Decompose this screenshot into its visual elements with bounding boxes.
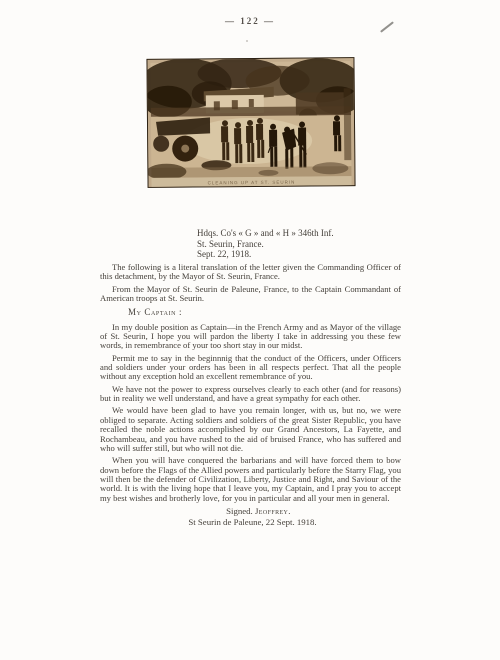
letter-heading-line: St. Seurin, France. [197, 239, 407, 250]
page-number: — 122 — [0, 16, 500, 26]
letter-paragraph: We would have been glad to have you rema… [100, 406, 401, 453]
letter-paragraph: In my double position as Captain—in the … [100, 323, 401, 351]
photo-illustration [147, 58, 354, 187]
salutation: My Captain : [128, 308, 401, 317]
book-page: — 122 — [0, 0, 500, 660]
signature-name: Jeoffrey. [255, 506, 291, 516]
intro-paragraph: From the Mayor of St. Seurin de Paleune,… [100, 285, 401, 304]
signature-prefix: Signed. [226, 506, 255, 516]
letter-heading-line: Hdqs. Co's « G » and « H » 346th Inf. [197, 228, 407, 239]
letter-paragraph: Permit me to say in the beginnnig that t… [100, 354, 401, 382]
closing-line: St Seurin de Paleune, 22 Sept. 1918. [100, 518, 401, 527]
letter-heading-line: Sept. 22, 1918. [197, 249, 407, 260]
photo-st-seurin: CLEANING UP AT ST. SEURIN [146, 57, 355, 188]
ink-speck [246, 40, 248, 42]
letter-body: The following is a literal translation o… [100, 263, 401, 528]
letter-paragraph: When you will have conquered the barbari… [100, 456, 401, 503]
signature-line: Signed. Jeoffrey. [100, 507, 401, 516]
letter-paragraph: We have not the power to express ourselv… [100, 385, 401, 404]
letter-heading-block: Hdqs. Co's « G » and « H » 346th Inf. St… [197, 228, 407, 260]
intro-paragraph: The following is a literal translation o… [100, 263, 401, 282]
